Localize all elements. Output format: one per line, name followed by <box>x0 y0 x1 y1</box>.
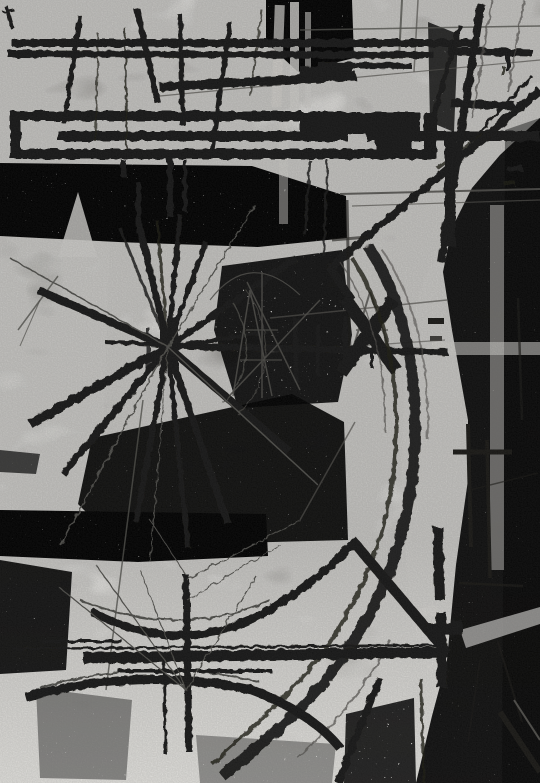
film-grain <box>0 0 540 783</box>
abstract-composition <box>0 0 540 783</box>
artwork-canvas <box>0 0 540 783</box>
